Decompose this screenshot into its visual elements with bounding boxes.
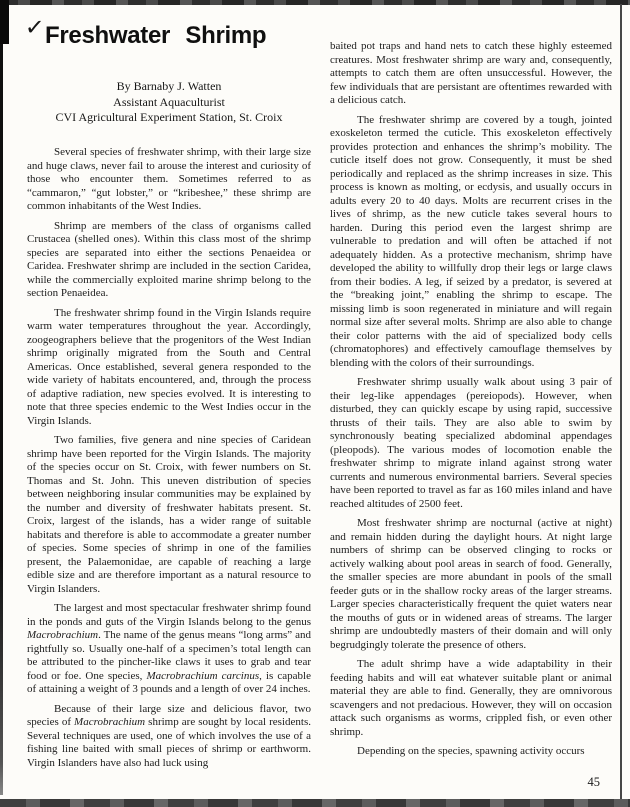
paragraph-text: The largest and most spectacular freshwa… — [27, 602, 311, 628]
byline: By Barnaby J. Watten Assistant Aquacultu… — [27, 79, 311, 126]
paragraph: The freshwater shrimp found in the Virgi… — [27, 307, 311, 429]
scan-edge-top — [0, 0, 630, 5]
left-column: Several species of freshwater shrimp, wi… — [27, 146, 311, 776]
species-name: Macrobrachium — [27, 629, 98, 641]
scan-edge-left — [0, 0, 3, 795]
title-block: ✓ Freshwater Shrimp By Barnaby J. Watten… — [27, 22, 311, 126]
paragraph: The adult shrimp have a wide adaptabilit… — [330, 658, 612, 739]
paragraph-text: Two families, five genera and nine speci… — [27, 434, 311, 595]
page-number: 45 — [560, 775, 600, 790]
page-title: Freshwater Shrimp — [27, 22, 311, 50]
paragraph-text: Most freshwater shrimp are nocturnal (ac… — [330, 517, 612, 651]
paragraph-text: Shrimp are members of the class of organ… — [27, 220, 311, 300]
scan-edge-right — [620, 4, 622, 800]
paragraph: Shrimp are members of the class of organ… — [27, 220, 311, 301]
paragraph-text: The adult shrimp have a wide adaptabilit… — [330, 658, 612, 738]
right-column: baited pot traps and hand nets to catch … — [330, 40, 612, 765]
paragraph-text: Depending on the species, spawning activ… — [357, 745, 585, 757]
byline-affiliation: CVI Agricultural Experiment Station, St.… — [27, 110, 311, 126]
paragraph: Most freshwater shrimp are nocturnal (ac… — [330, 517, 612, 652]
paragraph: The freshwater shrimp are covered by a t… — [330, 114, 612, 371]
checkmark-icon: ✓ — [24, 14, 45, 41]
paragraph: Several species of freshwater shrimp, wi… — [27, 146, 311, 214]
paragraph: baited pot traps and hand nets to catch … — [330, 40, 612, 108]
species-name: Macrobrachium carcinus — [146, 670, 259, 682]
paragraph: Freshwater shrimp usually walk about usi… — [330, 376, 612, 511]
paragraph: Depending on the species, spawning activ… — [330, 745, 612, 759]
paragraph-text: Several species of freshwater shrimp, wi… — [27, 146, 311, 212]
scan-edge-corner — [0, 0, 9, 44]
scan-edge-bottom — [0, 799, 630, 807]
paragraph: Because of their large size and deliciou… — [27, 703, 311, 771]
document-page: ✓ Freshwater Shrimp By Barnaby J. Watten… — [0, 0, 630, 807]
paragraph-text: The freshwater shrimp are covered by a t… — [330, 114, 612, 369]
byline-role: Assistant Aquaculturist — [27, 95, 311, 111]
paragraph: The largest and most spectacular freshwa… — [27, 602, 311, 697]
paragraph-text: baited pot traps and hand nets to catch … — [330, 40, 612, 106]
paragraph-text: Freshwater shrimp usually walk about usi… — [330, 376, 612, 510]
species-name: Macrobrachium — [74, 716, 145, 728]
paragraph-text: The freshwater shrimp found in the Virgi… — [27, 307, 311, 427]
byline-author: By Barnaby J. Watten — [27, 79, 311, 95]
paragraph: Two families, five genera and nine speci… — [27, 434, 311, 596]
